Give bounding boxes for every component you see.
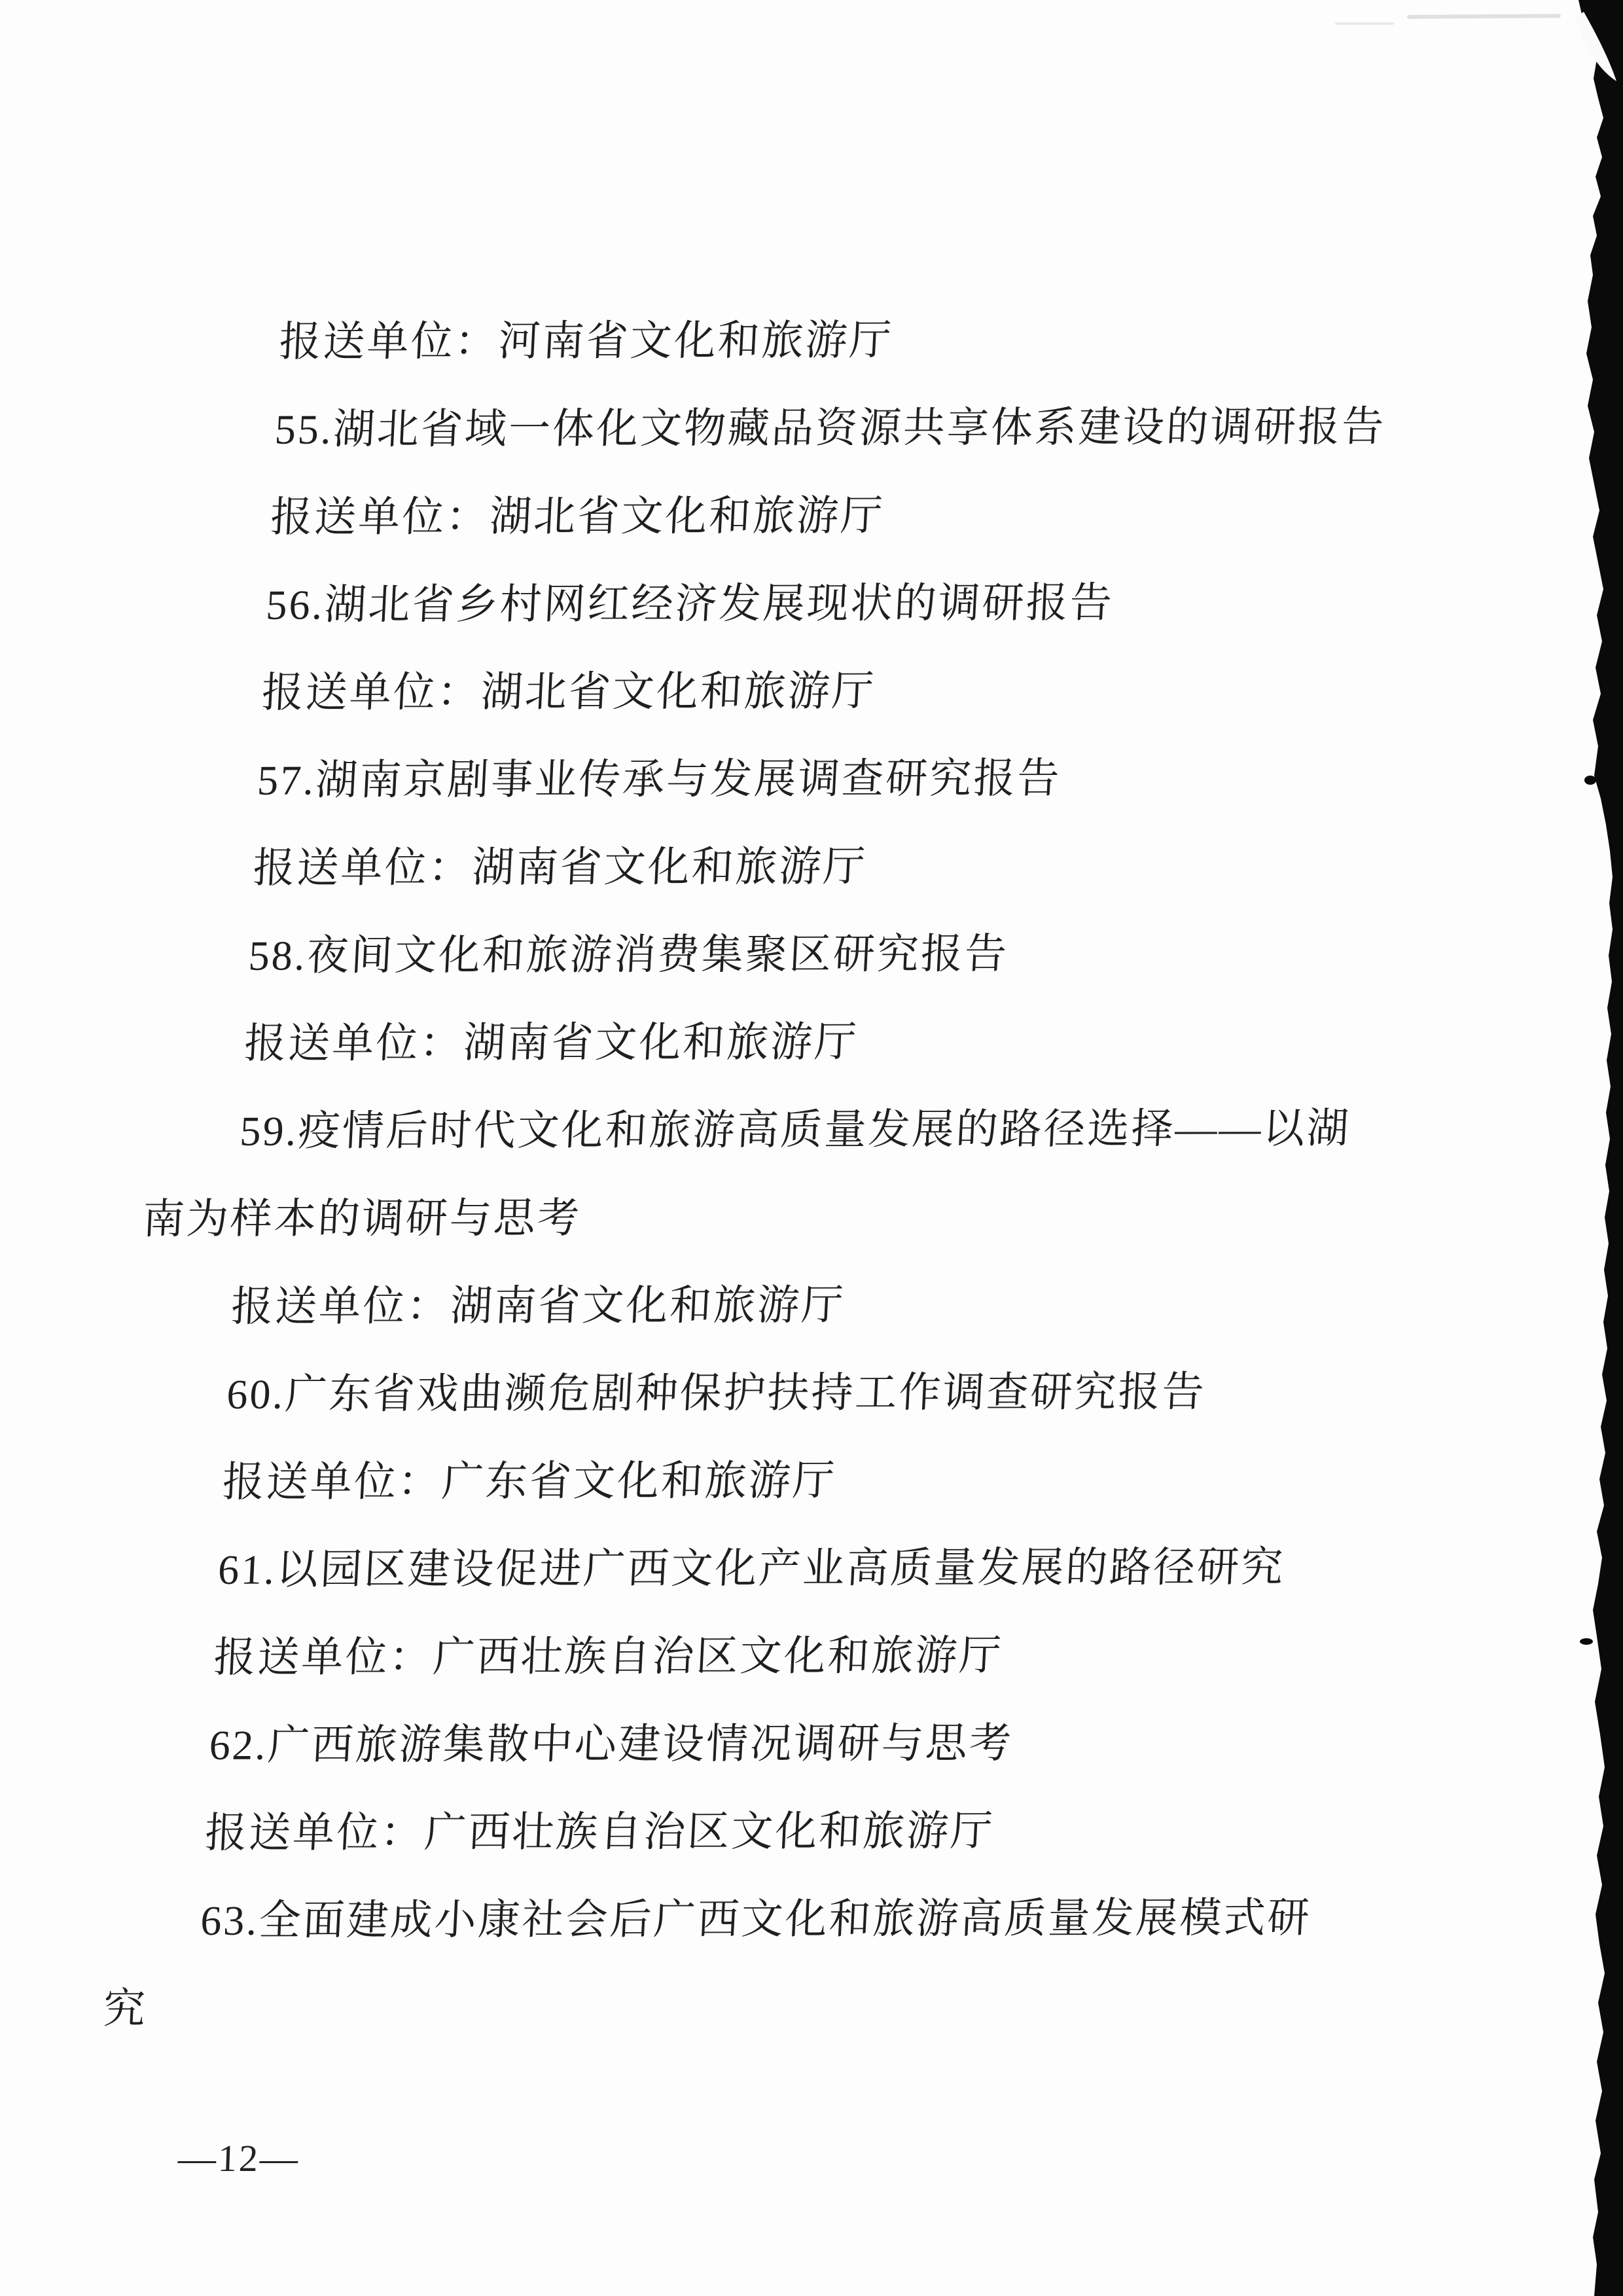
submitter-line: 报送单位：河南省文化和旅游厅	[184, 295, 1435, 386]
submitter-line: 报送单位：广西壮族自治区文化和旅游厅	[110, 1786, 1361, 1877]
scan-smudge	[1335, 22, 1394, 25]
submitter-line: 报送单位：湖南省文化和旅游厅	[149, 997, 1400, 1088]
report-item-line: 62.广西旅游集散中心建设情况调研与思考	[115, 1698, 1366, 1789]
report-item-line: 57.湖南京剧事业传承与发展调查研究报告	[162, 734, 1414, 825]
report-item-line: 55.湖北省域一体化文物藏品资源共享体系建设的调研报告	[180, 383, 1431, 474]
document-body: 报送单位：河南省文化和旅游厅55.湖北省域一体化文物藏品资源共享体系建设的调研报…	[101, 295, 1435, 2053]
scan-smudge	[1407, 14, 1561, 19]
submitter-line: 报送单位：湖北省文化和旅游厅	[167, 646, 1418, 737]
submitter-line: 报送单位：湖南省文化和旅游厅	[136, 1260, 1387, 1351]
scanned-document-page: 报送单位：河南省文化和旅游厅55.湖北省域一体化文物藏品资源共享体系建设的调研报…	[0, 0, 1623, 2296]
report-item-line: 58.夜间文化和旅游消费集聚区研究报告	[154, 909, 1405, 1000]
continuation-line: 南为样本的调研与思考	[141, 1172, 1392, 1263]
page-number: —12—	[177, 2135, 301, 2182]
report-item-line: 56.湖北省乡村网红经济发展现状的调研报告	[171, 558, 1422, 649]
report-item-line: 63.全面建成小康社会后广西文化和旅游高质量发展模式研	[105, 1874, 1357, 1965]
report-item-line: 60.广东省戏曲濒危剧种保护扶持工作调查研究报告	[132, 1348, 1383, 1439]
submitter-line: 报送单位：湖南省文化和旅游厅	[158, 821, 1409, 912]
submitter-line: 报送单位：湖北省文化和旅游厅	[175, 471, 1427, 562]
report-item-line: 59.疫情后时代文化和旅游高质量发展的路径选择——以湖	[145, 1085, 1396, 1175]
submitter-line: 报送单位：广东省文化和旅游厅	[128, 1435, 1379, 1526]
scan-edge-artifact	[1564, 0, 1623, 2296]
submitter-line: 报送单位：广西壮族自治区文化和旅游厅	[118, 1611, 1370, 1702]
report-item-line: 61.以园区建设促进广西文化产业高质量发展的路径研究	[123, 1523, 1374, 1614]
continuation-line: 究	[101, 1962, 1353, 2053]
